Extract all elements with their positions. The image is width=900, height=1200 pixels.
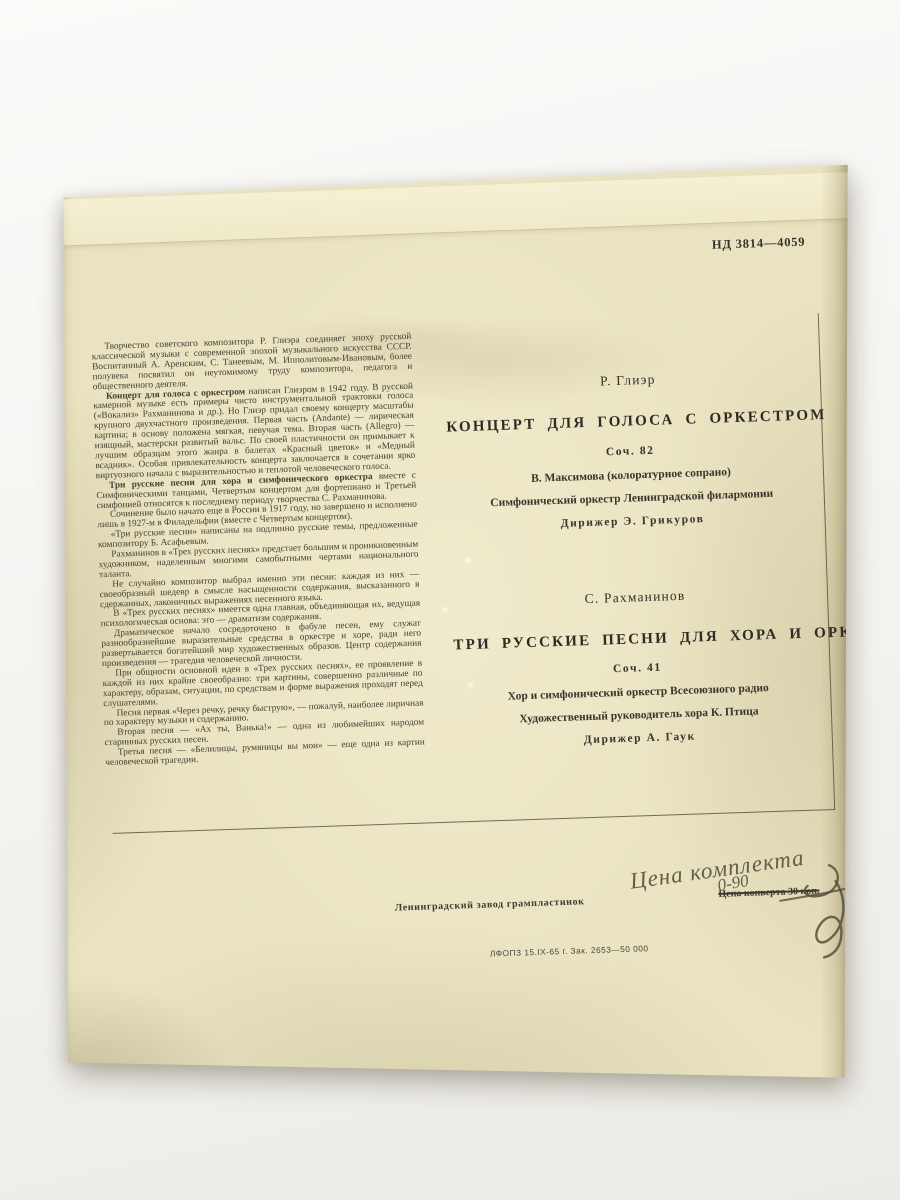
catalog-number: НД 3814—4059 — [650, 235, 805, 255]
signature-flourish — [769, 860, 868, 963]
pressing-plant-name: Ленинградский завод грампластинок — [382, 896, 597, 914]
liner-notes: Творчество советского композитора Р. Гли… — [91, 333, 425, 769]
performer-line: В. Максимова (колоратурное сопрано) — [448, 463, 814, 487]
performer-line: Симфонический оркестр Ленинградской фила… — [449, 486, 815, 510]
opus-number: Соч. 41 — [454, 656, 820, 680]
composer-name: Р. Глиэр — [445, 367, 811, 395]
printed-surface: НД 3814—4059 Творчество советского компо… — [58, 170, 883, 1101]
performer-line: Хор и симфонический оркестр Всесоюзного … — [455, 680, 821, 704]
sleeve-back: НД 3814—4059 Творчество советского компо… — [58, 140, 850, 1095]
print-run-info: ЛФОПЗ 15.IX-65 г. Зак. 2653—50 000 — [452, 942, 687, 960]
conductor-line: Дирижер А. Гаук — [457, 726, 823, 750]
opus-number: Соч. 82 — [447, 439, 813, 463]
record-sleeve-photo: НД 3814—4059 Творчество советского компо… — [0, 0, 900, 1200]
liner-paragraph: Концерт для голоса с оркестром написан Г… — [93, 382, 416, 482]
composer-name: С. Рахманинов — [452, 583, 818, 611]
conductor-line: Дирижер Э. Грикуров — [449, 509, 815, 533]
work-title: КОНЦЕРТ ДЛЯ ГОЛОСА С ОРКЕСТРОМ — [446, 407, 812, 436]
work-title: ТРИ РУССКИЕ ПЕСНИ ДЛЯ ХОРА И ОРКЕСТРА — [453, 625, 819, 654]
performer-line: Художественный руководитель хора К. Птиц… — [456, 703, 822, 727]
works-column: Р. Глиэр КОНЦЕРТ ДЛЯ ГОЛОСА С ОРКЕСТРОМ … — [444, 360, 824, 792]
